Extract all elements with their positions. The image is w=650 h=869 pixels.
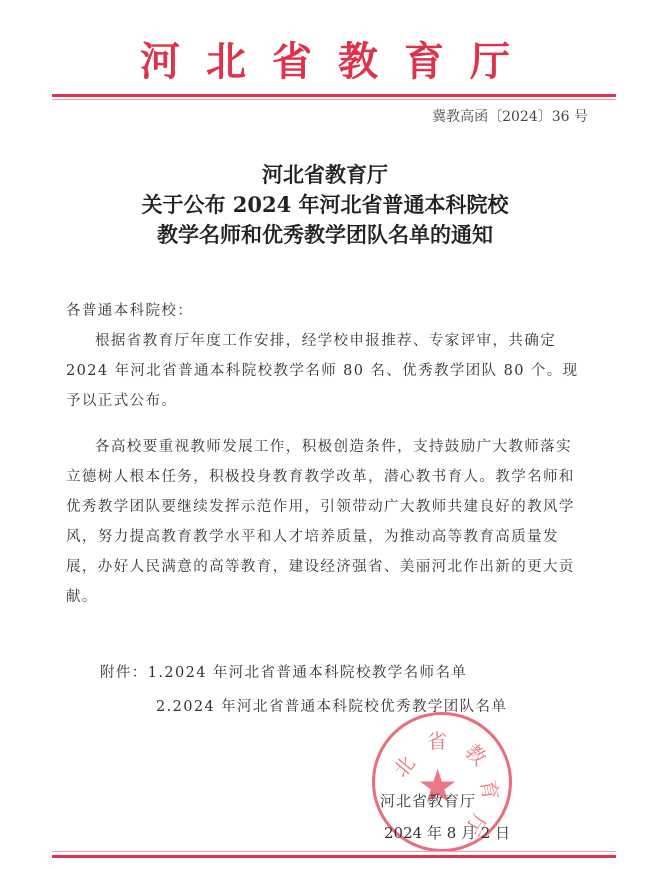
footer-rule-thick — [52, 855, 616, 858]
attachments-label: 附件： — [100, 665, 148, 681]
seal-char: 北 — [385, 749, 420, 783]
seal-char: 教 — [460, 736, 495, 771]
salutation: 各普通本科院校： — [66, 296, 586, 326]
seal-char: 省 — [427, 725, 447, 754]
title-line-3: 教学名师和优秀教学团队名单的通知 — [0, 220, 650, 250]
masthead-rule-thin — [52, 99, 616, 100]
masthead-title: 河北省教育厅 — [0, 30, 650, 87]
paragraph-1: 根据省教育厅年度工作安排，经学校申报推荐、专家评审，共确定 2024 年河北省普… — [66, 326, 586, 416]
seal-char: 育 — [475, 777, 507, 802]
title-line-1: 河北省教育厅 — [0, 160, 650, 190]
paragraph-2: 各高校要重视教师发展工作，积极创造条件，支持鼓励广大教师落实立德树人根本任务，积… — [66, 432, 586, 612]
title-line-2: 关于公布 2024 年河北省普通本科院校 — [0, 190, 650, 220]
masthead-rule-thick — [52, 94, 616, 97]
signature-issuer: 河北省教育厅 — [380, 790, 476, 811]
document-number: 冀教高函〔2024〕36 号 — [432, 106, 588, 126]
footer-rule-thin — [52, 851, 616, 852]
signature-date: 2024 年 8 月 2 日 — [384, 822, 510, 843]
document-title: 河北省教育厅 关于公布 2024 年河北省普通本科院校 教学名师和优秀教学团队名… — [0, 160, 650, 250]
attachment-item-1: 1.2024 年河北省普通本科院校教学名师名单 — [148, 665, 468, 681]
